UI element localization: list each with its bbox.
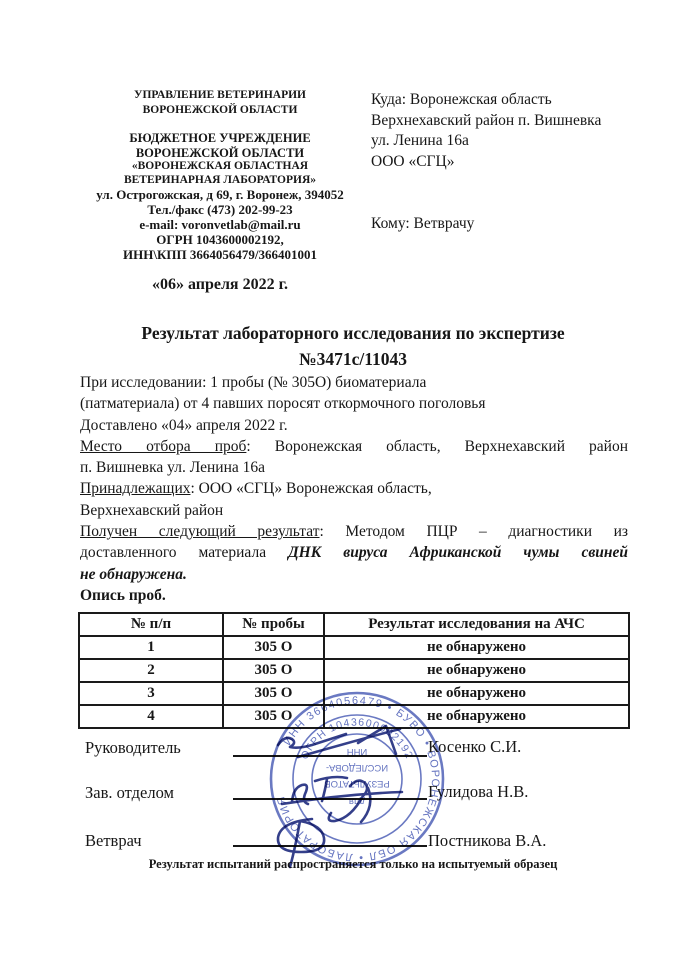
result-highlight-line: не обнаружена. [80, 564, 628, 585]
org-department-line: ВОРОНЕЖСКОЙ ОБЛАСТИ [55, 103, 385, 118]
result-value: : Методом ПЦР – диагностики из [320, 523, 629, 540]
org-name-line: ВЕТЕРИНАРНАЯ ЛАБОРАТОРИЯ» [55, 174, 385, 188]
table-header-cell: № пробы [223, 613, 324, 636]
org-name-line: «ВОРОНЕЖСКАЯ ОБЛАСТНАЯ [55, 160, 385, 174]
result-label: Получен следующий результат [80, 523, 320, 540]
signature-role-director: Руководитель [85, 738, 181, 758]
table-row: 1 305 О не обнаружено [79, 636, 629, 659]
recipient-address-line: ул. Ленина 16а [371, 131, 641, 152]
result-text: доставленного материала [80, 544, 288, 561]
body-line: Верхнехавский район [80, 500, 628, 521]
signature-stroke-veterinarian [278, 819, 324, 867]
table-header-cell: Результат исследования на АЧС [324, 613, 629, 636]
sampling-place-value: : Воронежская область, Верхнехавский рай… [246, 438, 628, 455]
owner-label: Принадлежащих [80, 480, 190, 497]
table-cell: не обнаружено [324, 659, 629, 682]
table-cell: 2 [79, 659, 223, 682]
org-ogrn-line: ОГРН 1043600002192, [55, 232, 385, 247]
body-line: Принадлежащих: ООО «СГЦ» Воронежская обл… [80, 478, 628, 499]
org-department-line: УПРАВЛЕНИЕ ВЕТЕРИНАРИИ [55, 88, 385, 103]
signature-role-veterinarian: Ветврач [85, 831, 142, 851]
document-title: Результат лабораторного исследования по … [78, 320, 628, 372]
table-header-row: № п/п № пробы Результат исследования на … [79, 613, 629, 636]
samples-list-heading: Опись проб. [80, 585, 628, 606]
table-cell: 3 [79, 682, 223, 705]
org-email-line: e-mail: voronvetlab@mail.ru [55, 217, 385, 232]
recipient-org-line: ООО «СГЦ» [371, 152, 641, 173]
table-row: 2 305 О не обнаружено [79, 659, 629, 682]
table-cell: 305 О [223, 636, 324, 659]
recipient-block: Куда: Воронежская область Верхнехавский … [371, 90, 641, 235]
title-number: №3471с/11043 [78, 346, 628, 372]
org-inn-kpp-line: ИНН\КПП 3664056479/366401001 [55, 247, 385, 262]
recipient-person-line: Кому: Ветврачу [371, 214, 641, 235]
signature-stroke-head-of-dept [282, 777, 402, 822]
org-name-line: ВОРОНЕЖСКОЙ ОБЛАСТИ [55, 146, 385, 161]
table-header-cell: № п/п [79, 613, 223, 636]
body-line: При исследовании: 1 пробы (№ 305О) биома… [80, 372, 628, 393]
result-highlight: ДНК вируса Африканской чумы свиней [288, 544, 628, 561]
table-cell: не обнаружено [324, 636, 629, 659]
handwritten-signatures-layer [230, 710, 480, 870]
sender-header-block: УПРАВЛЕНИЕ ВЕТЕРИНАРИИ ВОРОНЕЖСКОЙ ОБЛАС… [55, 88, 385, 294]
org-name-line: БЮДЖЕТНОЕ УЧРЕЖДЕНИЕ [55, 131, 385, 146]
body-line: Место отбора проб: Воронежская область, … [80, 436, 628, 457]
body-line: (патматериала) от 4 павших поросят откор… [80, 393, 628, 414]
body-line: Доставлено «04» апреля 2022 г. [80, 415, 628, 436]
document-date: «06» апреля 2022 г. [55, 276, 385, 294]
title-line-1: Результат лабораторного исследования по … [78, 320, 628, 346]
owner-value: : ООО «СГЦ» Воронежская область, [190, 480, 431, 497]
body-paragraph: При исследовании: 1 пробы (№ 305О) биома… [80, 372, 628, 606]
org-address-line: ул. Острогожская, д 69, г. Воронеж, 3940… [55, 187, 385, 202]
scanned-lab-result-document: УПРАВЛЕНИЕ ВЕТЕРИНАРИИ ВОРОНЕЖСКОЙ ОБЛАС… [0, 0, 692, 968]
org-phone-line: Тел./факс (473) 202-99-23 [55, 202, 385, 217]
body-line: п. Вишневка ул. Ленина 16а [80, 457, 628, 478]
sampling-place-label: Место отбора проб [80, 438, 246, 455]
body-line: доставленного материала ДНК вируса Африк… [80, 542, 628, 563]
recipient-address-line: Куда: Воронежская область [371, 90, 641, 111]
recipient-address-line: Верхнехавский район п. Вишневка [371, 111, 641, 132]
signature-stroke-director [278, 726, 400, 757]
signature-role-head-of-dept: Зав. отделом [85, 783, 174, 803]
table-cell: 4 [79, 705, 223, 728]
body-line: Получен следующий результат: Методом ПЦР… [80, 521, 628, 542]
table-cell: 1 [79, 636, 223, 659]
table-cell: 305 О [223, 659, 324, 682]
